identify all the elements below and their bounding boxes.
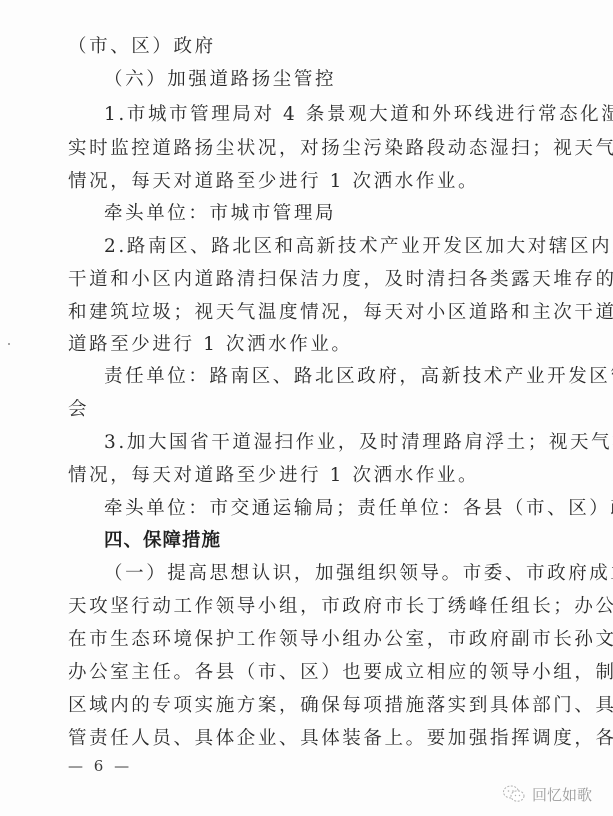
text-line: 天攻坚行动工作领导小组，市政府市长丁绣峰任组长；办公室设 bbox=[68, 590, 570, 623]
page-number: — 6 — bbox=[68, 753, 132, 779]
wechat-icon bbox=[502, 784, 526, 804]
lead-unit-line: 牵头单位：市城市管理局 bbox=[104, 197, 570, 230]
text-line: 管责任人员、具体企业、具体装备上。要加强指挥调度，各地各 bbox=[68, 722, 570, 755]
scan-speck bbox=[8, 343, 10, 345]
chapter-heading: 四、保障措施 bbox=[104, 524, 570, 557]
text-line: 3.加大国省干道湿扫作业，及时清理路肩浮土；视天气温度 bbox=[104, 426, 570, 459]
watermark-text: 回忆如歌 bbox=[532, 784, 592, 805]
responsible-unit-line: 责任单位：路南区、路北区政府，高新技术产业开发区管委 bbox=[104, 360, 570, 393]
text-line: （市、区）政府 bbox=[68, 30, 570, 63]
text-line: 情况，每天对道路至少进行 1 次洒水作业。 bbox=[68, 165, 570, 198]
text-line: 实时监控道路扬尘状况，对扬尘污染路段动态湿扫；视天气温度 bbox=[68, 132, 570, 165]
text-line: 1.市城市管理局对 4 条景观大道和外环线进行常态化湿扫， bbox=[104, 98, 570, 131]
section-heading: （六）加强道路扬尘管控 bbox=[104, 63, 570, 96]
watermark: 回忆如歌 bbox=[502, 780, 592, 808]
text-line: 会 bbox=[68, 393, 570, 426]
text-line: 情况，每天对道路至少进行 1 次洒水作业。 bbox=[68, 459, 570, 492]
text-line: 道路至少进行 1 次洒水作业。 bbox=[68, 328, 570, 361]
text-line: 在市生态环境保护工作领导小组办公室，市政府副市长孙文仲任 bbox=[68, 623, 570, 656]
document-page: （市、区）政府 （六）加强道路扬尘管控 1.市城市管理局对 4 条景观大道和外环… bbox=[0, 0, 613, 816]
text-line: 2.路南区、路北区和高新技术产业开发区加大对辖区内主次 bbox=[104, 230, 570, 263]
text-line: 干道和小区内道路清扫保洁力度，及时清扫各类露天堆存的生活 bbox=[68, 263, 570, 296]
lead-unit-line: 牵头单位：市交通运输局；责任单位：各县（市、区）政府 bbox=[104, 492, 570, 525]
text-line: 办公室主任。各县（市、区）也要成立相应的领导小组，制定本 bbox=[68, 656, 570, 689]
text-line: （一）提高思想认识，加强组织领导。市委、市政府成立 20 bbox=[104, 557, 570, 590]
text-line: 区域内的专项实施方案，确保每项措施落实到具体部门、具体监 bbox=[68, 689, 570, 722]
text-line: 和建筑垃圾；视天气温度情况，每天对小区道路和主次干道连接 bbox=[68, 296, 570, 329]
